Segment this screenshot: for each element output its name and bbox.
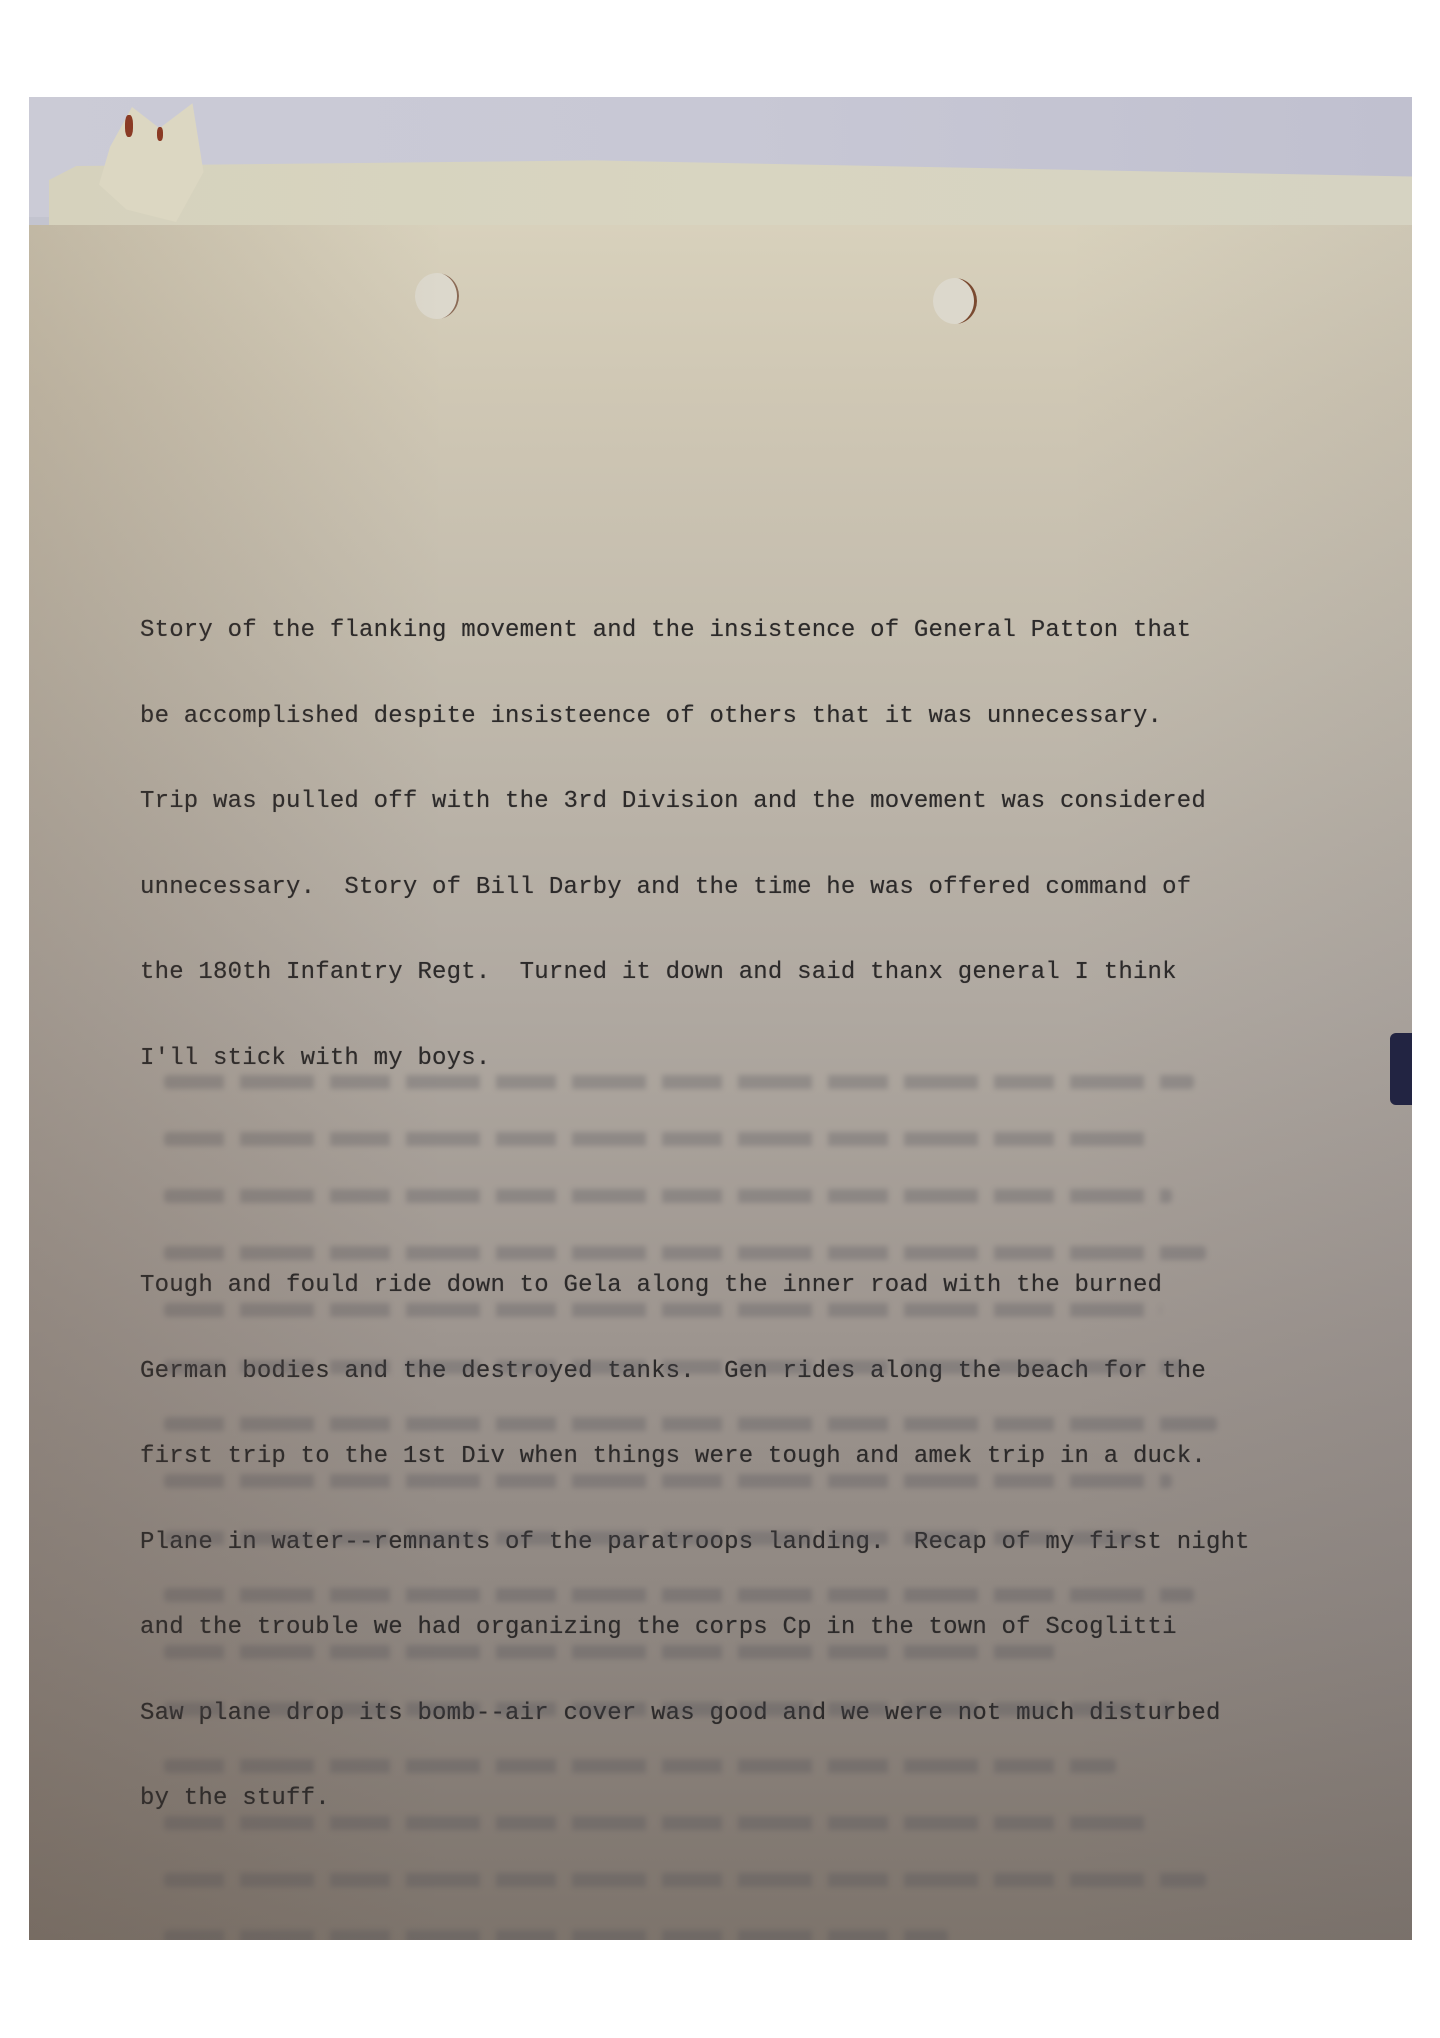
text-line: Story of the flanking movement and the i…: [140, 617, 1390, 646]
typed-page: Story of the flanking movement and the i…: [29, 225, 1412, 1940]
bleed-through-text: [164, 1075, 1284, 1940]
text-line: the 180th Infantry Regt. Turned it down …: [140, 959, 1390, 988]
index-tab-marker: [1390, 1033, 1412, 1105]
text-line: I'll stick with my boys.: [140, 1045, 1390, 1074]
punch-hole: [415, 273, 459, 319]
text-line: Trip was pulled off with the 3rd Divisio…: [140, 788, 1390, 817]
document-photo: Story of the flanking movement and the i…: [29, 97, 1412, 1940]
text-line: unnecessary. Story of Bill Darby and the…: [140, 874, 1390, 903]
text-line: be accomplished despite insisteence of o…: [140, 703, 1390, 732]
rust-stain: [157, 127, 163, 141]
punch-hole: [933, 278, 977, 324]
rust-stain: [125, 115, 133, 137]
paragraph-1: Story of the flanking movement and the i…: [140, 560, 1390, 1130]
